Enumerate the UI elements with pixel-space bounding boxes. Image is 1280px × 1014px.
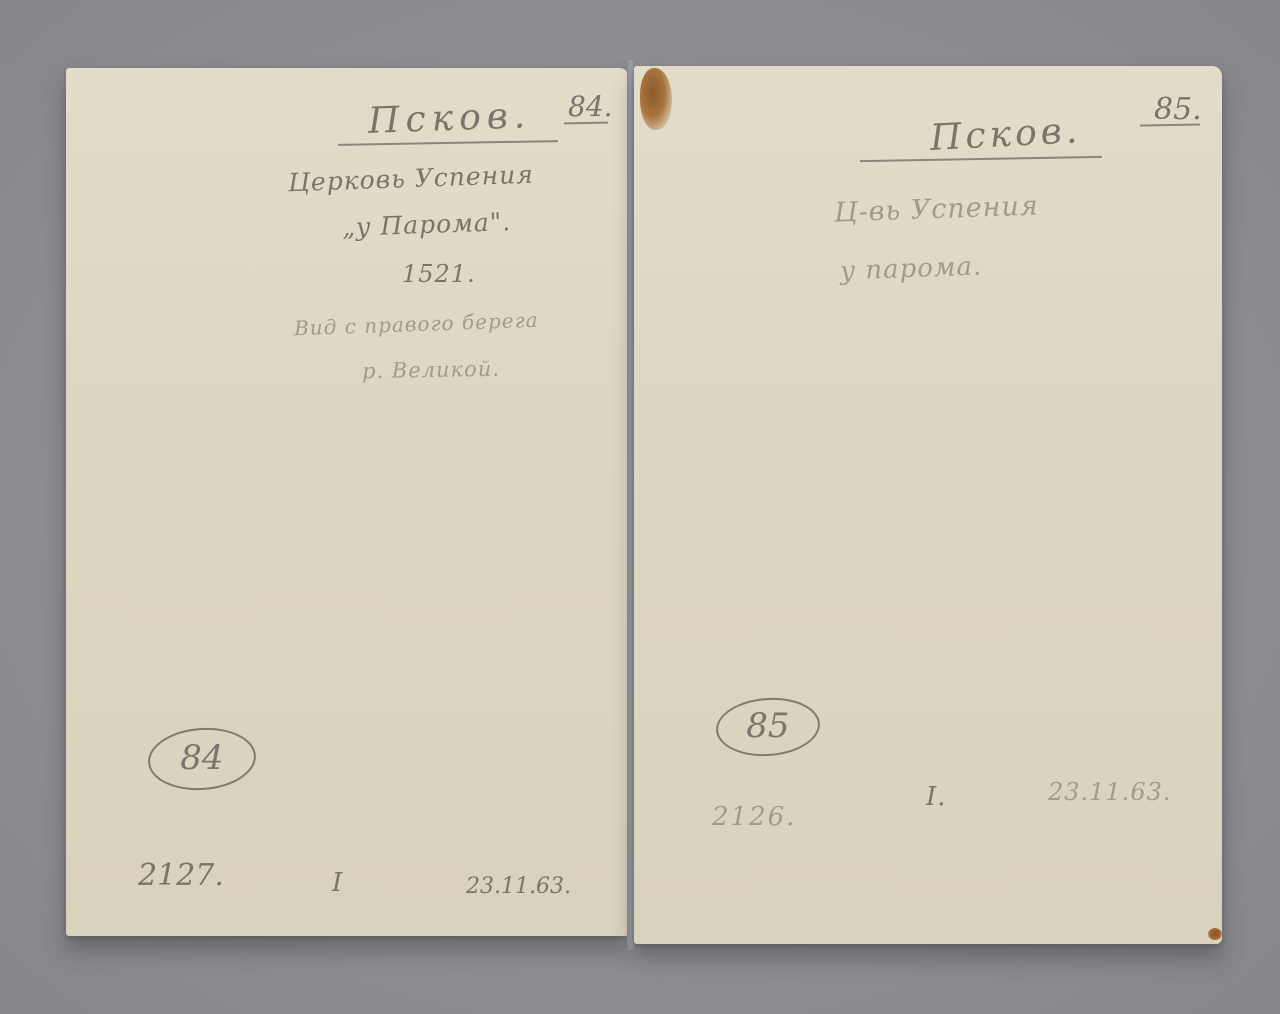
left-line-2: „у Парома". [342, 207, 512, 242]
left-line-4: Вид с правого берега [294, 308, 539, 341]
left-header-title: Псков. [367, 95, 531, 142]
right-circled-number-text: 85 [718, 706, 818, 746]
left-roman-numeral: I [332, 868, 343, 898]
right-page-number: 85. [1154, 92, 1202, 127]
left-line-1: Церковь Успения [288, 160, 535, 198]
right-line-1: Ц-вь Успения [834, 190, 1040, 228]
right-header-underline [860, 156, 1102, 162]
right-date: 23.11.63. [1048, 778, 1172, 806]
left-circled-number-text: 84 [150, 738, 254, 778]
right-circled-number: 85 [714, 694, 822, 759]
left-line-5: р. Великой. [362, 357, 500, 383]
left-date: 23.11.63. [466, 874, 571, 899]
right-line-2: у парома. [840, 252, 983, 287]
stain-mark [640, 68, 672, 130]
left-page-number: 84. [568, 90, 613, 123]
corner-stain [1208, 928, 1222, 940]
left-circled-number: 84 [146, 724, 258, 793]
right-header-title: Псков. [929, 110, 1082, 159]
right-inventory-number: 2126. [712, 802, 796, 832]
right-roman-numeral: I. [926, 782, 947, 812]
right-page: Псков. 85. Ц-вь Успения у парома. 85 212… [634, 66, 1222, 944]
left-inventory-number: 2127. [138, 858, 224, 893]
left-page: Псков. 84. Церковь Успения „у Парома". 1… [66, 68, 628, 936]
left-page-number-underline [564, 122, 608, 125]
left-line-3: 1521. [402, 260, 476, 288]
